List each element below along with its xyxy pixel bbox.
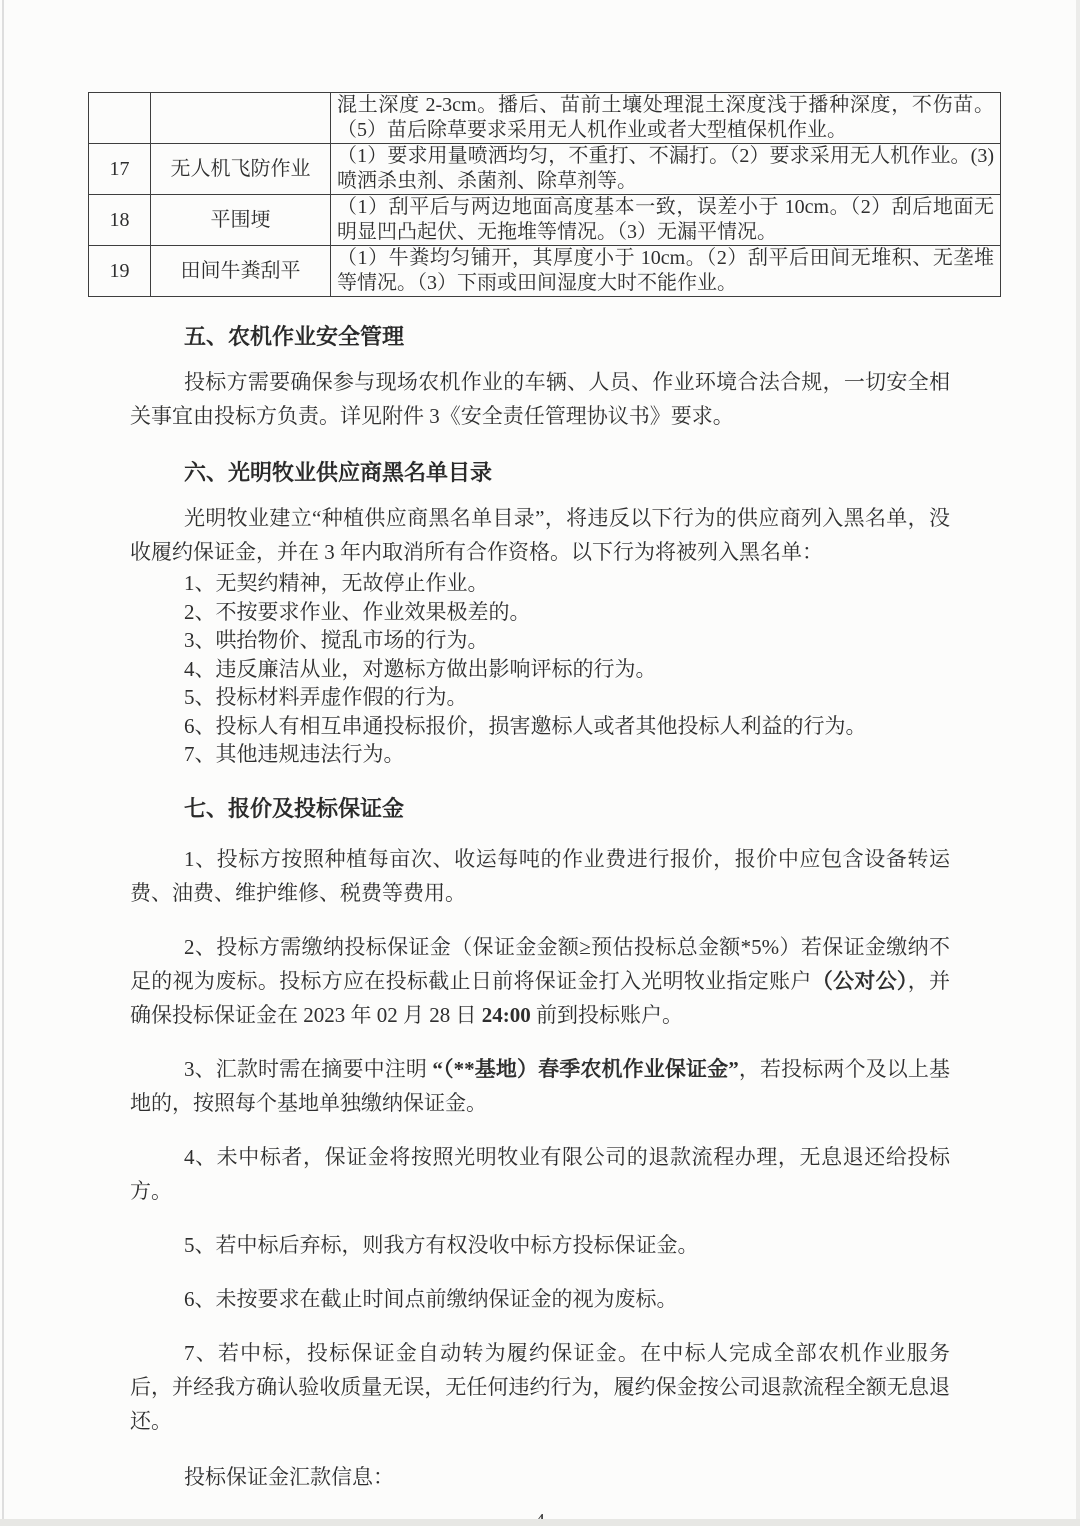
section7-heading: 七、报价及投标保证金: [184, 795, 950, 822]
row-number-cell: 19: [89, 246, 151, 297]
list-item: 5、投标材料弄虚作假的行为。: [184, 683, 950, 712]
table-row-continuation: 混土深度 2-3cm。播后、苗前土壤处理混土深度浅于播种深度，不伤苗。（5）苗后…: [89, 93, 1001, 144]
list-item: 3、哄抬物价、搅乱市场的行为。: [184, 626, 950, 655]
section7-paragraph-5: 5、若中标后弃标，则我方有权没收中标方投标保证金。: [130, 1228, 950, 1262]
item-name-cell: 田间牛粪刮平: [151, 246, 331, 297]
table-row-17: 17 无人机飞防作业 （1）要求用量喷洒均匀，不重打、不漏打。（2）要求采用无人…: [89, 144, 1001, 195]
scan-edge-left: [2, 0, 4, 1526]
text-segment: 前到投标账户。: [531, 1003, 683, 1027]
text-segment-bold: “（**基地）春季农机作业保证金”: [432, 1057, 738, 1081]
section7-paragraph-6: 6、未按要求在截止时间点前缴纳保证金的视为废标。: [130, 1282, 950, 1316]
list-item: 7、其他违规违法行为。: [184, 740, 950, 769]
row-number-cell: 17: [89, 144, 151, 195]
requirement-cell: 混土深度 2-3cm。播后、苗前土壤处理混土深度浅于播种深度，不伤苗。（5）苗后…: [331, 93, 1001, 144]
section7-paragraph-1: 1、投标方按照种植每亩次、收运每吨的作业费进行报价，报价中应包含设备转运费、油费…: [130, 842, 950, 910]
requirement-cell: （1）刮平后与两边地面高度基本一致，误差小于 10cm。（2）刮后地面无明显凹凸…: [331, 195, 1001, 246]
list-item: 1、无契约精神，无故停止作业。: [184, 569, 950, 598]
section6-heading: 六、光明牧业供应商黑名单目录: [184, 459, 950, 486]
text-segment-bold: （公对公）: [812, 969, 908, 993]
section7-paragraph-3: 3、汇款时需在摘要中注明 “（**基地）春季农机作业保证金”，若投标两个及以上基…: [130, 1052, 950, 1120]
blacklist-behavior-list: 1、无契约精神，无故停止作业。 2、不按要求作业、作业效果极差的。 3、哄抬物价…: [184, 569, 950, 769]
item-name-cell: [151, 93, 331, 144]
section5-heading: 五、农机作业安全管理: [184, 323, 950, 350]
item-name-cell: 平围埂: [151, 195, 331, 246]
scan-edge-right: [1076, 0, 1080, 1526]
page-number: 4: [80, 1510, 1000, 1526]
row-number-cell: 18: [89, 195, 151, 246]
item-name-cell: 无人机飞防作业: [151, 144, 331, 195]
remittance-info-label: 投标保证金汇款信息：: [130, 1460, 950, 1494]
section7-paragraph-2: 2、投标方需缴纳投标保证金（保证金金额≥预估投标总金额*5%）若保证金缴纳不足的…: [130, 930, 950, 1032]
table-row-19: 19 田间牛粪刮平 （1）牛粪均匀铺开，其厚度小于 10cm。（2）刮平后田间无…: [89, 246, 1001, 297]
table-row-18: 18 平围埂 （1）刮平后与两边地面高度基本一致，误差小于 10cm。（2）刮后…: [89, 195, 1001, 246]
section7-paragraph-7: 7、若中标，投标保证金自动转为履约保证金。在中标人完成全部农机作业服务后，并经我…: [130, 1336, 950, 1438]
text-segment: 3、汇款时需在摘要中注明: [184, 1057, 432, 1081]
text-segment-bold: 24:00: [482, 1003, 531, 1027]
document-page: 混土深度 2-3cm。播后、苗前土壤处理混土深度浅于播种深度，不伤苗。（5）苗后…: [0, 0, 1080, 1526]
list-item: 4、违反廉洁从业，对邀标方做出影响评标的行为。: [184, 655, 950, 684]
requirement-cell: （1）牛粪均匀铺开，其厚度小于 10cm。（2）刮平后田间无堆积、无垄堆等情况。…: [331, 246, 1001, 297]
requirement-cell: （1）要求用量喷洒均匀，不重打、不漏打。（2）要求采用无人机作业。(3)喷洒杀虫…: [331, 144, 1001, 195]
section6-paragraph: 光明牧业建立“种植供应商黑名单目录”，将违反以下行为的供应商列入黑名单，没收履约…: [130, 501, 950, 569]
section7-paragraph-4: 4、未中标者，保证金将按照光明牧业有限公司的退款流程办理，无息退还给投标方。: [130, 1140, 950, 1208]
spec-table: 混土深度 2-3cm。播后、苗前土壤处理混土深度浅于播种深度，不伤苗。（5）苗后…: [88, 92, 1001, 297]
list-item: 6、投标人有相互串通投标报价，损害邀标人或者其他投标人利益的行为。: [184, 712, 950, 741]
row-number-cell: [89, 93, 151, 144]
list-item: 2、不按要求作业、作业效果极差的。: [184, 598, 950, 627]
section5-paragraph: 投标方需要确保参与现场农机作业的车辆、人员、作业环境合法合规，一切安全相关事宜由…: [130, 365, 950, 433]
